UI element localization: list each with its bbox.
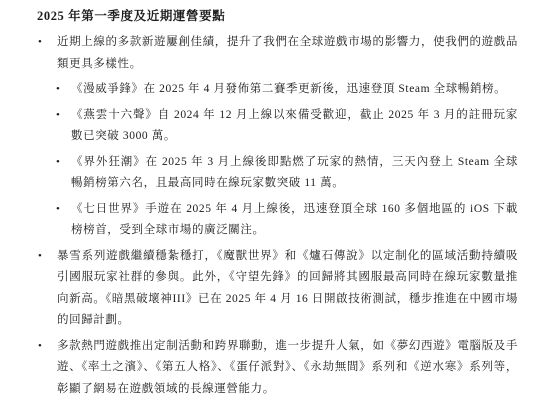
bullet-item: • 暴雪系列遊戲繼續穩紮穩打，《魔獸世界》和《爐石傳說》以定制化的區域活動持續吸… <box>37 246 518 332</box>
sub-bullet-text: 《燕雲十六聲》自 2024 年 12 月上線以來備受歡迎，截止 2025 年 3… <box>71 109 518 143</box>
bullet-item: • 近期上線的多款新遊屢創佳績，提升了我們在全球遊戲市場的影響力，使我們的遊戲品… <box>37 32 518 75</box>
bullet-dot-icon: • <box>38 336 48 358</box>
bullet-list: • 近期上線的多款新遊屢創佳績，提升了我們在全球遊戲市場的影響力，使我們的遊戲品… <box>37 32 518 400</box>
bullet-item: • 多款熱門遊戲推出定制活動和跨界聯動，進一步提升人氣，如《夢幻西遊》電腦版及手… <box>37 336 518 400</box>
document-page: 2025 年第一季度及近期運營要點 • 近期上線的多款新遊屢創佳績，提升了我們在… <box>0 0 550 400</box>
bullet-dot-icon: • <box>56 152 66 174</box>
page-title: 2025 年第一季度及近期運營要點 <box>37 6 518 26</box>
bullet-dot-icon: • <box>38 32 48 54</box>
bullet-dot-icon: • <box>38 246 48 268</box>
bullet-dot-icon: • <box>56 79 66 101</box>
bullet-dot-icon: • <box>56 105 66 127</box>
sub-bullet-text: 《界外狂潮》在 2025 年 3 月上線後即點燃了玩家的熱情，三天內登上 Ste… <box>71 156 518 190</box>
sub-bullet-item: • 《界外狂潮》在 2025 年 3 月上線後即點燃了玩家的熱情，三天內登上 S… <box>37 152 518 195</box>
bullet-text: 暴雪系列遊戲繼續穩紮穩打，《魔獸世界》和《爐石傳說》以定制化的區域活動持續吸引國… <box>57 250 518 327</box>
sub-bullet-text: 《漫威爭鋒》在 2025 年 4 月發佈第二賽季更新後，迅速登頂 Steam 全… <box>71 83 506 95</box>
sub-bullet-item: • 《漫威爭鋒》在 2025 年 4 月發佈第二賽季更新後，迅速登頂 Steam… <box>37 79 518 101</box>
sub-bullet-item: • 《七日世界》手遊在 2025 年 4 月上線後，迅速登頂全球 160 多個地… <box>37 199 518 242</box>
sub-bullet-item: • 《燕雲十六聲》自 2024 年 12 月上線以來備受歡迎，截止 2025 年… <box>37 105 518 148</box>
bullet-text: 近期上線的多款新遊屢創佳績，提升了我們在全球遊戲市場的影響力，使我們的遊戲品類更… <box>57 36 518 70</box>
sub-bullet-text: 《七日世界》手遊在 2025 年 4 月上線後，迅速登頂全球 160 多個地區的… <box>71 203 518 237</box>
bullet-dot-icon: • <box>56 199 66 221</box>
bullet-text: 多款熱門遊戲推出定制活動和跨界聯動，進一步提升人氣，如《夢幻西遊》電腦版及手遊、… <box>57 340 518 395</box>
